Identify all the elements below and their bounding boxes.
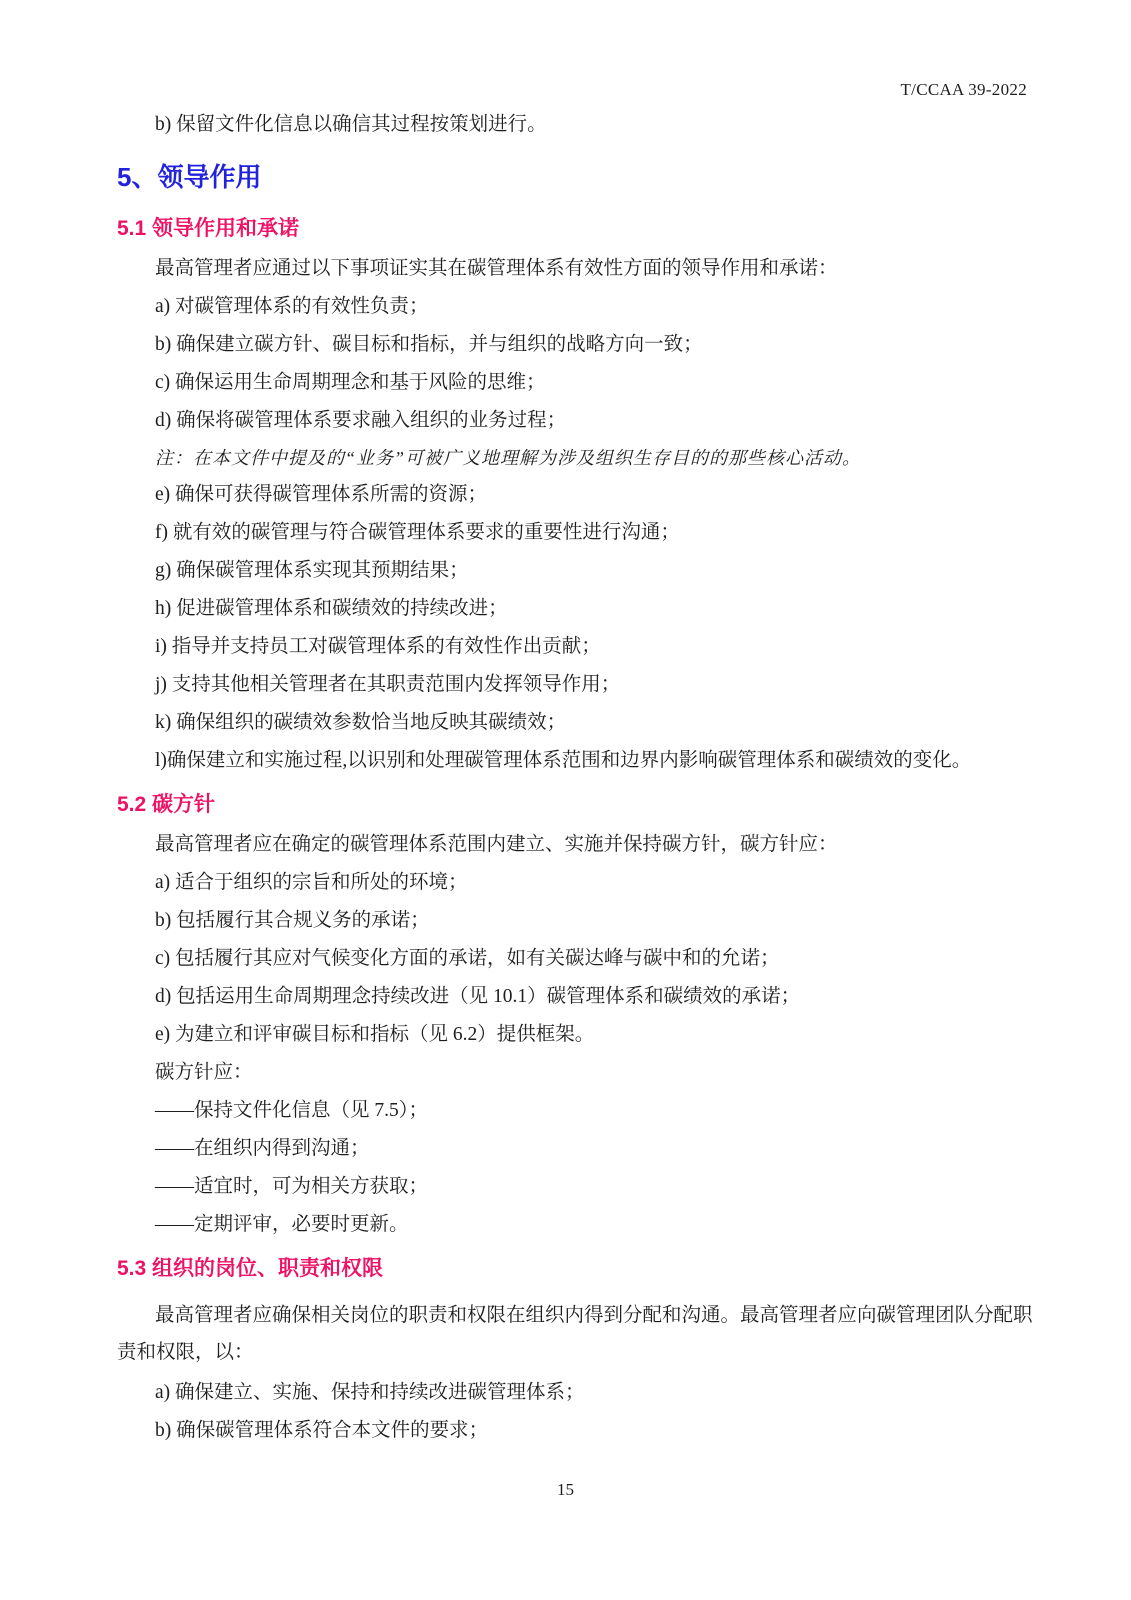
clause-item: e) 确保可获得碳管理体系所需的资源； [117,483,1033,506]
clause-item: a) 确保建立、实施、保持和持续改进碳管理体系； [117,1381,1033,1404]
clause-item: h) 促进碳管理体系和碳绩效的持续改进； [117,597,1033,620]
clause-item: c) 确保运用生命周期理念和基于风险的思维； [117,371,1033,394]
paragraph: 最高管理者应确保相关岗位的职责和权限在组织内得到分配和沟通。最高管理者应向碳管理… [117,1297,1033,1371]
page-content: b) 保留文件化信息以确信其过程按策划进行。 5、领导作用 5.1 领导作用和承… [117,113,1033,1457]
clause-item: i) 指导并支持员工对碳管理体系的有效性作出贡献； [117,635,1033,658]
document-page: T/CCAA 39-2022 b) 保留文件化信息以确信其过程按策划进行。 5、… [0,0,1131,1600]
paragraph: 最高管理者应在确定的碳管理体系范围内建立、实施并保持碳方针，碳方针应： [117,833,1033,856]
dash-item: ——在组织内得到沟通； [117,1137,1033,1160]
clause-item: b) 包括履行其合规义务的承诺； [117,909,1033,932]
subsection-heading: 5.1 领导作用和承诺 [117,216,1033,242]
section-heading: 5、领导作用 [117,162,1033,192]
dash-item: ——定期评审，必要时更新。 [117,1213,1033,1236]
clause-item: f) 就有效的碳管理与符合碳管理体系要求的重要性进行沟通； [117,521,1033,544]
paragraph: 最高管理者应通过以下事项证实其在碳管理体系有效性方面的领导作用和承诺： [117,257,1033,280]
clause-item: a) 对碳管理体系的有效性负责； [117,295,1033,318]
clause-item: g) 确保碳管理体系实现其预期结果； [117,559,1033,582]
clause-item: k) 确保组织的碳绩效参数恰当地反映其碳绩效； [117,711,1033,734]
clause-item: b) 确保建立碳方针、碳目标和指标，并与组织的战略方向一致； [117,333,1033,356]
subsection-heading: 5.2 碳方针 [117,792,1033,818]
dash-item: ——保持文件化信息（见 7.5）； [117,1099,1033,1122]
subsection-heading: 5.3 组织的岗位、职责和权限 [117,1256,1033,1282]
clause-item: d) 确保将碳管理体系要求融入组织的业务过程； [117,409,1033,432]
dash-item: ——适宜时，可为相关方获取； [117,1175,1033,1198]
clause-item: b) 保留文件化信息以确信其过程按策划进行。 [117,113,1033,136]
clause-item: a) 适合于组织的宗旨和所处的环境； [117,871,1033,894]
clause-item: b) 确保碳管理体系符合本文件的要求； [117,1419,1033,1442]
clause-item: e) 为建立和评审碳目标和指标（见 6.2）提供框架。 [117,1023,1033,1046]
clause-item: c) 包括履行其应对气候变化方面的承诺，如有关碳达峰与碳中和的允诺； [117,947,1033,970]
clause-item: l)确保建立和实施过程,以识别和处理碳管理体系范围和边界内影响碳管理体系和碳绩效… [117,749,1033,772]
clause-item: j) 支持其他相关管理者在其职责范围内发挥领导作用； [117,673,1033,696]
clause-item: d) 包括运用生命周期理念持续改进（见 10.1）碳管理体系和碳绩效的承诺； [117,985,1033,1008]
clause-item: 碳方针应： [117,1061,1033,1084]
page-number: 15 [0,1480,1131,1500]
document-code-header: T/CCAA 39-2022 [900,80,1027,100]
note-text: 注：在本文件中提及的“业务”可被广义地理解为涉及组织生存目的的那些核心活动。 [117,447,1033,469]
